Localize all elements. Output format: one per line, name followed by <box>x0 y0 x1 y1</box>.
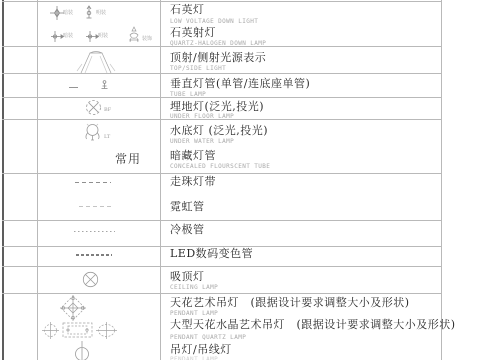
row-tube-lamp-en: TUBE LAMP <box>170 91 206 98</box>
decorative-spot-lamp-icon <box>126 26 142 43</box>
table-left-border <box>2 0 4 360</box>
row-concealed-tube-zh: 暗藏灯管 <box>170 150 216 162</box>
grid-hline <box>2 97 442 98</box>
tube-lamp-dash-icon <box>69 86 78 89</box>
row-art-pendant-en: PENDANT LAMP <box>170 310 218 317</box>
under-water-lamp-icon <box>83 123 102 142</box>
grid-hline <box>2 73 442 74</box>
row-neon-tube-zh: 霓虹管 <box>170 201 205 213</box>
lighting-legend-table: 暗装 明装 暗装 明装 装饰 <box>0 0 480 360</box>
row-cold-cathode-zh: 冷极管 <box>170 224 205 236</box>
under-floor-lamp-icon <box>85 99 102 116</box>
row-under-water-zh: 水底灯 (泛光,投光) <box>170 125 268 137</box>
symbol-label: 明装 <box>96 11 106 16</box>
row-tube-lamp-zh: 垂直灯管(单管/连底座单管) <box>170 78 310 90</box>
common-use-annotation: 常用 <box>115 150 141 167</box>
row-bead-strip-zh: 走珠灯带 <box>170 176 216 188</box>
symbol-label: 暗装 <box>63 11 73 16</box>
grid-hline <box>2 173 442 174</box>
row-under-floor-en: UNDER FLOOR LAMP <box>170 113 234 120</box>
neon-tube-icon <box>79 206 113 207</box>
symbol-label: 装饰 <box>142 37 152 42</box>
ceiling-lamp-icon <box>82 271 99 288</box>
row-under-floor-zh: 埋地灯(泛光,投光) <box>170 101 264 113</box>
symbol-label: LT <box>104 135 110 140</box>
row-quartz-spot-zh: 石英射灯 <box>170 27 216 39</box>
light-cone-icon <box>76 50 116 74</box>
led-color-tube-icon <box>76 254 112 256</box>
row-quartz-lamp-en: LOW VOLTAGE DOWN LIGHT <box>170 18 258 25</box>
column-divider-1 <box>37 0 38 360</box>
row-under-water-en: UNDER WATER LAMP <box>170 138 234 145</box>
tube-lamp-upright-icon <box>100 80 109 90</box>
symbol-label: 暗装 <box>63 34 73 39</box>
art-pendant-lamp-icon <box>60 295 86 321</box>
row-led-color-tube-zh: LED数码变色管 <box>170 248 253 260</box>
row-quartz-lamp-zh: 石英灯 <box>170 4 205 16</box>
row-crystal-chandelier-en: PENDANT QUARTZ LAMP <box>170 334 246 341</box>
row-pendant-drop-en: PENDANT LAMP <box>170 356 218 360</box>
quartz-lamp-recessed-icon <box>50 6 64 20</box>
symbol-label: 明装 <box>98 34 108 39</box>
symbol-label: BF <box>104 108 111 113</box>
row-ceiling-lamp-en: CEILING LAMP <box>170 284 218 291</box>
pendant-drop-lamp-icon <box>73 341 91 360</box>
grid-hline <box>2 1 442 2</box>
grid-hline <box>2 293 442 294</box>
row-art-pendant-zh: 天花艺术吊灯 (跟据设计要求调整大小及形状) <box>170 297 410 309</box>
crystal-chandelier-oval-icon <box>96 322 117 339</box>
crystal-chandelier-rect-icon <box>62 321 93 339</box>
row-pendant-drop-zh: 吊灯/吊线灯 <box>170 344 232 356</box>
row-top-side-light-en: TOP/SIDE LIGHT <box>170 65 226 72</box>
quartz-lamp-surface-icon <box>84 5 94 19</box>
cold-cathode-tube-icon <box>74 231 115 232</box>
row-ceiling-lamp-zh: 吸顶灯 <box>170 271 205 283</box>
row-concealed-tube-en: CONCEALED FLOURSCENT TUBE <box>170 163 270 170</box>
grid-hline <box>2 266 442 267</box>
row-top-side-light-zh: 顶射/侧射光源表示 <box>170 52 266 64</box>
bead-light-strip-icon <box>75 182 111 183</box>
row-quartz-spot-en: QUARTZ-HALOGEN DOWN LAMP <box>170 40 266 47</box>
crystal-chandelier-round-icon <box>42 322 59 339</box>
column-divider-symbol-text <box>160 0 161 360</box>
row-crystal-chandelier-zh: 大型天花水晶艺术吊灯 (跟据设计要求调整大小及形状) <box>170 319 456 331</box>
grid-hline <box>2 220 442 221</box>
table-right-border <box>441 0 442 360</box>
